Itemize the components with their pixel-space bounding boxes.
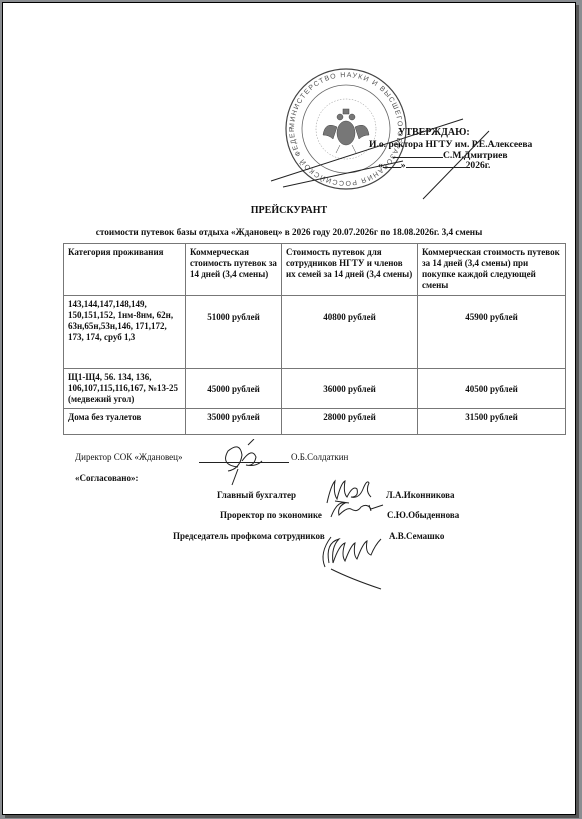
- row-next-shift-price: 40500 рублей: [418, 369, 566, 409]
- header-commercial: Коммерческая стоимость путевок за 14 дне…: [186, 244, 282, 296]
- row-commercial-price: 35000 рублей: [186, 409, 282, 435]
- economy-label: Проректор по экономике: [220, 510, 322, 520]
- economy-name: С.Ю.Обыденнова: [387, 510, 459, 520]
- row-employee-price: 36000 рублей: [282, 369, 418, 409]
- rector-signature-icon: [263, 111, 493, 201]
- row-next-shift-price: 45900 рублей: [418, 296, 566, 369]
- table-row: Дома без туалетов 35000 рублей 28000 руб…: [64, 409, 566, 435]
- document-title: ПРЕЙСКУРАНТ: [3, 205, 575, 216]
- table-row: Щ1-Щ4, 56. 134, 136, 106,107,115,116,167…: [64, 369, 566, 409]
- table-row: 143,144,147,148,149, 150,151,152, 1нм-8н…: [64, 296, 566, 369]
- row-commercial-price: 51000 рублей: [186, 296, 282, 369]
- row-employee-price: 28000 рублей: [282, 409, 418, 435]
- accountant-label: Главный бухгалтер: [217, 490, 296, 500]
- accountant-name: Л.А.Иконникова: [386, 490, 455, 500]
- header-category: Категория проживания: [64, 244, 186, 296]
- union-name: А.В.Семашко: [389, 531, 444, 541]
- director-name: О.Б.Солдаткин: [291, 452, 348, 462]
- agreed-label: «Согласовано»:: [75, 473, 139, 483]
- row-commercial-price: 45000 рублей: [186, 369, 282, 409]
- row-category: Дома без туалетов: [64, 409, 186, 435]
- director-label: Директор СОК «Ждановец»: [75, 452, 183, 462]
- document-subtitle: стоимости путевок базы отдыха «Ждановец»…: [3, 227, 575, 237]
- header-next-shift: Коммерческая стоимость путевок за 14 дне…: [418, 244, 566, 296]
- row-category: 143,144,147,148,149, 150,151,152, 1нм-8н…: [64, 296, 186, 369]
- row-next-shift-price: 31500 рублей: [418, 409, 566, 435]
- union-label: Председатель профкома сотрудников: [173, 531, 325, 541]
- row-employee-price: 40800 рублей: [282, 296, 418, 369]
- price-table: Категория проживания Коммерческая стоимо…: [63, 243, 566, 435]
- economy-signature-icon: [329, 499, 385, 521]
- header-employees: Стоимость путевок для сотрудников НГТУ и…: [282, 244, 418, 296]
- director-signature-icon: [208, 439, 278, 487]
- document-page: МИНИСТЕРСТВО НАУКИ И ВЫСШЕГО ОБРАЗОВАНИЯ…: [2, 2, 576, 815]
- union-signature-icon: [315, 523, 395, 595]
- row-category: Щ1-Щ4, 56. 134, 136, 106,107,115,116,167…: [64, 369, 186, 409]
- table-header-row: Категория проживания Коммерческая стоимо…: [64, 244, 566, 296]
